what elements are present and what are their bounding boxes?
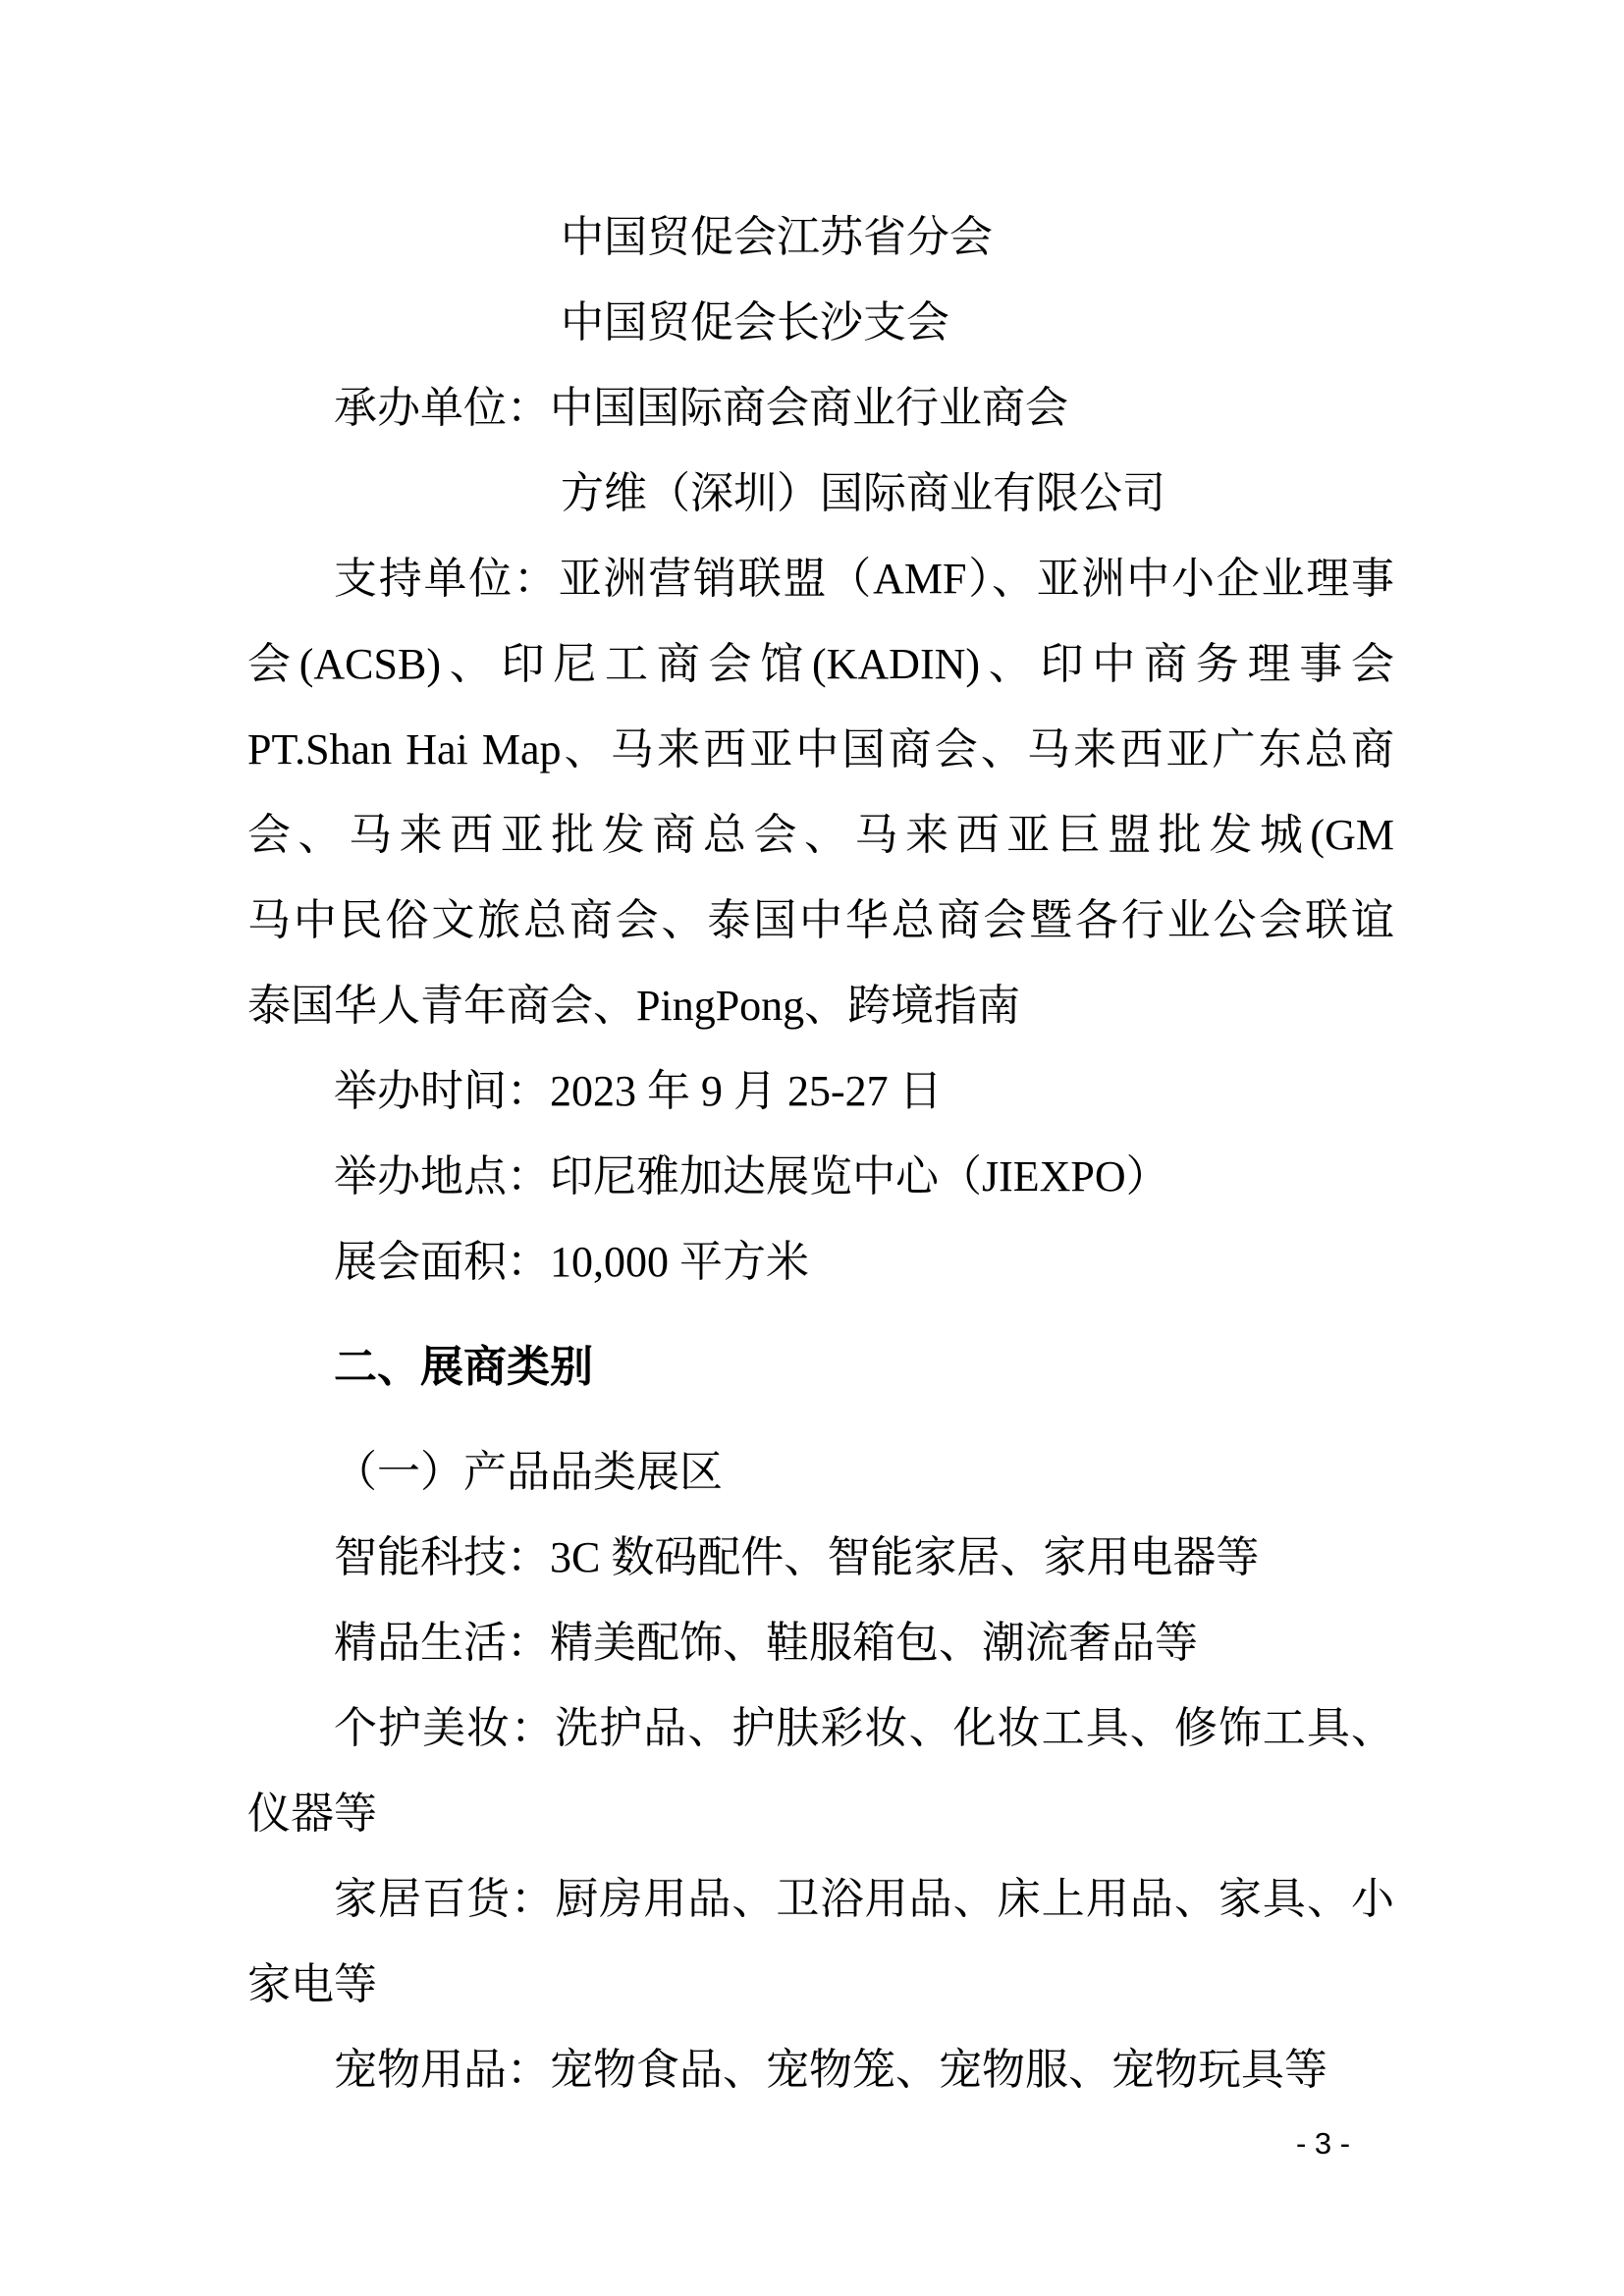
line-ccpit-jiangsu: 中国贸促会江苏省分会 — [247, 194, 1394, 280]
line-supporters-2: 会(ACSB)、印尼工商会馆(KADIN)、印中商务理事会(ICBC)、 — [247, 621, 1394, 707]
line-personal-care: 个护美妆：洗护品、护肤彩妆、化妆工具、修饰工具、 — [247, 1685, 1394, 1771]
document-body: 中国贸促会江苏省分会 中国贸促会长沙支会 承办单位：中国国际商会商业行业商会 方… — [247, 194, 1394, 2112]
line-supporters-4: 会、马来西亚批发商总会、马来西亚巨盟批发城(GM KLANG)、 — [247, 792, 1394, 878]
line-home-goods-continuation: 家电等 — [247, 1942, 1394, 2027]
line-event-area: 展会面积：10,000 平方米 — [247, 1219, 1394, 1305]
line-undertaker: 承办单位：中国国际商会商业行业商会 — [247, 365, 1394, 451]
line-ccpit-changsha: 中国贸促会长沙支会 — [247, 280, 1394, 365]
line-event-venue: 举办地点：印尼雅加达展览中心（JIEXPO） — [247, 1134, 1394, 1219]
line-personal-care-continuation: 仪器等 — [247, 1771, 1394, 1856]
line-event-time: 举办时间：2023 年 9 月 25-27 日 — [247, 1048, 1394, 1134]
line-pet-supplies: 宠物用品：宠物食品、宠物笼、宠物服、宠物玩具等 — [247, 2027, 1394, 2112]
line-smart-tech: 智能科技：3C 数码配件、智能家居、家用电器等 — [247, 1515, 1394, 1600]
line-fine-living: 精品生活：精美配饰、鞋服箱包、潮流奢品等 — [247, 1600, 1394, 1685]
line-supporters-1: 支持单位：亚洲营销联盟（AMF）、亚洲中小企业理事 — [247, 536, 1394, 621]
subheading-product-zone: （一）产品品类展区 — [247, 1429, 1394, 1515]
heading-exhibitor-categories: 二、展商类别 — [247, 1324, 1394, 1410]
line-supporters-5: 马中民俗文旅总商会、泰国中华总商会暨各行业公会联谊会、 — [247, 878, 1394, 963]
line-undertaker-continuation: 方维（深圳）国际商业有限公司 — [247, 451, 1394, 536]
line-home-goods: 家居百货：厨房用品、卫浴用品、床上用品、家具、小 — [247, 1856, 1394, 1942]
line-supporters-3: PT.Shan Hai Map、马来西亚中国商会、马来西亚广东总商 — [247, 707, 1394, 792]
document-page: 中国贸促会江苏省分会 中国贸促会长沙支会 承办单位：中国国际商会商业行业商会 方… — [0, 0, 1624, 2296]
line-supporters-6: 泰国华人青年商会、PingPong、跨境指南 — [247, 963, 1394, 1048]
page-number: - 3 - — [1296, 2126, 1350, 2162]
